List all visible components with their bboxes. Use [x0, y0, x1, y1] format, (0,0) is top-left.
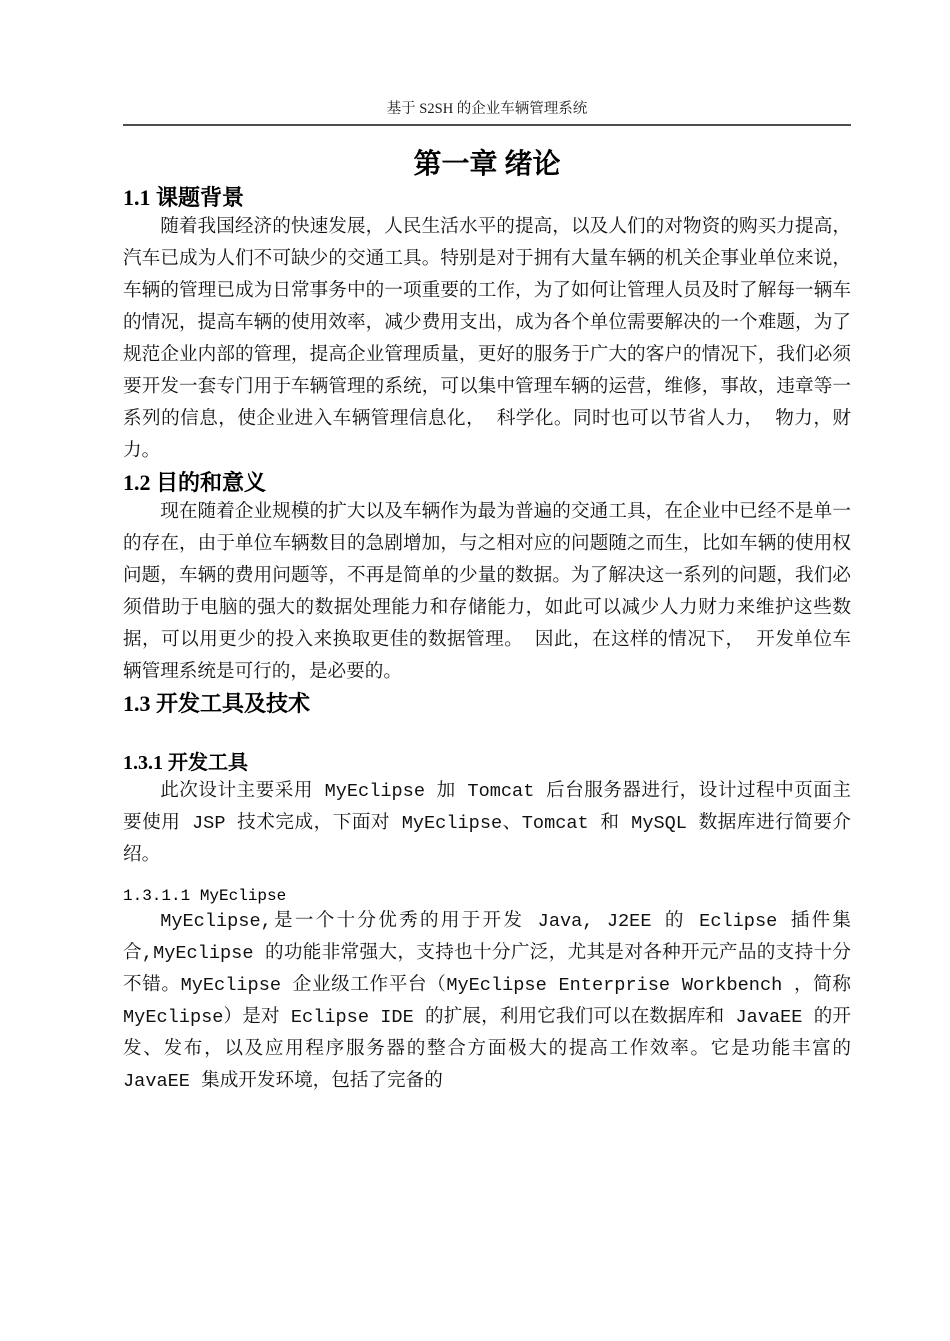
paragraph-myeclipse: MyEclipse,是一个十分优秀的用于开发 Java, J2EE 的 Ecli…: [123, 906, 851, 1098]
paragraph-dev-tools: 此次设计主要采用 MyEclipse 加 Tomcat 后台服务器进行，设计过程…: [123, 776, 851, 872]
subsection-1-3-1-1: 1.3.1.1 MyEclipse MyEclipse,是一个十分优秀的用于开发…: [123, 886, 851, 1098]
subsection-heading-1-3-1: 1.3.1 开发工具: [123, 750, 851, 776]
paragraph-purpose: 现在随着企业规模的扩大以及车辆作为最为普遍的交通工具，在企业中已经不是单一的存在…: [123, 497, 851, 689]
document-page: 基于 S2SH 的企业车辆管理系统 第一章 绪论 1.1 课题背景 随着我国经济…: [123, 0, 851, 1098]
section-1-2: 1.2 目的和意义 现在随着企业规模的扩大以及车辆作为最为普遍的交通工具，在企业…: [123, 468, 851, 689]
section-heading-1-3: 1.3 开发工具及技术: [123, 689, 851, 718]
section-1-1: 1.1 课题背景 随着我国经济的快速发展，人民生活水平的提高，以及人们的对物资的…: [123, 183, 851, 468]
section-1-3: 1.3 开发工具及技术 1.3.1 开发工具 此次设计主要采用 MyEclips…: [123, 689, 851, 1098]
chapter-title: 第一章 绪论: [123, 146, 851, 183]
running-header: 基于 S2SH 的企业车辆管理系统: [123, 0, 851, 126]
section-heading-1-2: 1.2 目的和意义: [123, 468, 851, 497]
subsection-heading-1-3-1-1: 1.3.1.1 MyEclipse: [123, 886, 851, 906]
paragraph-background: 随着我国经济的快速发展，人民生活水平的提高，以及人们的对物资的购买力提高，汽车已…: [123, 212, 851, 468]
subsection-1-3-1: 1.3.1 开发工具 此次设计主要采用 MyEclipse 加 Tomcat 后…: [123, 750, 851, 1098]
section-heading-1-1: 1.1 课题背景: [123, 183, 851, 212]
